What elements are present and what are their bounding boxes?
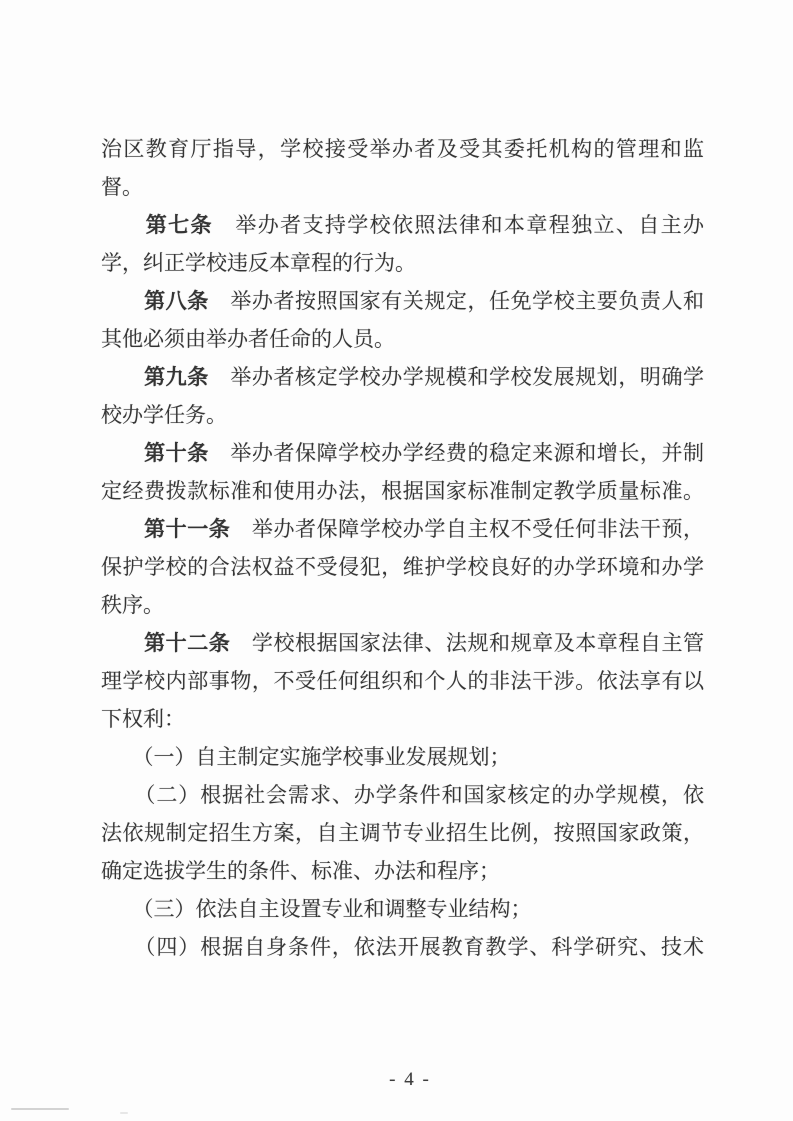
text-line: 理学校内部事物，不受任何组织和个人的非法干涉。依法享有以 <box>101 662 704 700</box>
text-line: 第八条 举办者按照国家有关规定，任免学校主要负责人和 <box>101 282 704 320</box>
line-text: 举办者保障学校办学经费的稳定来源和增长，并制 <box>209 441 704 465</box>
text-line: 第十条 举办者保障学校办学经费的稳定来源和增长，并制 <box>101 434 704 472</box>
line-text: （四）根据自身条件，依法开展教育教学、科学研究、技术 <box>101 935 704 959</box>
article-number: 第九条 <box>144 365 209 389</box>
line-text <box>101 441 144 465</box>
line-text: 秩序。 <box>101 593 164 617</box>
line-text: （二）根据社会需求、办学条件和国家核定的办学规模，依 <box>101 783 704 807</box>
line-text: 举办者核定学校办学规模和学校发展规划，明确学 <box>209 365 704 389</box>
line-text: （三）依法自主设置专业和调整专业结构； <box>101 897 532 921</box>
line-text <box>101 631 144 655</box>
line-text: 校办学任务。 <box>101 403 227 427</box>
line-text: 理学校内部事物，不受任何组织和个人的非法干涉。依法享有以 <box>101 669 704 693</box>
text-line: 治区教育厅指导，学校接受举办者及受其委托机构的管理和监 <box>101 130 704 168</box>
article-number: 第十条 <box>144 441 209 465</box>
line-text: 其他必须由举办者任命的人员。 <box>101 327 395 351</box>
text-line: 第十一条 举办者保障学校办学自主权不受任何非法干预， <box>101 510 704 548</box>
line-text: 定经费拨款标准和使用办法，根据国家标准制定教学质量标准。 <box>101 479 704 503</box>
text-line: 保护学校的合法权益不受侵犯，维护学校良好的办学环境和办学 <box>101 548 704 586</box>
text-line: （一）自主制定实施学校事业发展规划； <box>101 738 704 776</box>
text-line: （四）根据自身条件，依法开展教育教学、科学研究、技术 <box>101 928 704 966</box>
text-line: 法依规制定招生方案，自主调节专业招生比例，按照国家政策， <box>101 814 704 852</box>
text-line: 其他必须由举办者任命的人员。 <box>101 320 704 358</box>
line-text: 督。 <box>101 175 143 199</box>
line-text: 保护学校的合法权益不受侵犯，维护学校良好的办学环境和办学 <box>101 555 704 579</box>
article-number: 第八条 <box>144 289 209 313</box>
text-line: 校办学任务。 <box>101 396 704 434</box>
text-line: 下权利： <box>101 700 704 738</box>
text-line: （三）依法自主设置专业和调整专业结构； <box>101 890 704 928</box>
article-number: 第七条 <box>146 213 213 237</box>
line-text: 举办者保障学校办学自主权不受任何非法干预， <box>230 517 704 541</box>
text-line: （二）根据社会需求、办学条件和国家核定的办学规模，依 <box>101 776 704 814</box>
line-text: 确定选拔学生的条件、标准、办法和程序； <box>101 859 500 883</box>
line-text: 学，纠正学校违反本章程的行为。 <box>101 251 416 275</box>
text-line: 第七条 举办者支持学校依照法律和本章程独立、自主办 <box>101 206 704 244</box>
text-line: 学，纠正学校违反本章程的行为。 <box>101 244 704 282</box>
line-text: 举办者按照国家有关规定，任免学校主要负责人和 <box>209 289 704 313</box>
line-text <box>101 365 144 389</box>
line-text: 法依规制定招生方案，自主调节专业招生比例，按照国家政策， <box>101 821 704 845</box>
line-text: 学校根据国家法律、法规和规章及本章程自主管 <box>230 631 704 655</box>
text-line: 第十二条 学校根据国家法律、法规和规章及本章程自主管 <box>101 624 704 662</box>
scan-artifact-streak <box>11 1108 69 1110</box>
page-number: - 4 - <box>389 1069 431 1090</box>
text-line: 第九条 举办者核定学校办学规模和学校发展规划，明确学 <box>101 358 704 396</box>
page-footer: - 4 - <box>0 1038 793 1121</box>
line-text: 举办者支持学校依照法律和本章程独立、自主办 <box>213 213 704 237</box>
line-text: 治区教育厅指导，学校接受举办者及受其委托机构的管理和监 <box>101 137 704 161</box>
text-line: 秩序。 <box>101 586 704 624</box>
text-line: 定经费拨款标准和使用办法，根据国家标准制定教学质量标准。 <box>101 472 704 510</box>
line-text: （一）自主制定实施学校事业发展规划； <box>101 745 511 769</box>
scanned-page: 治区教育厅指导，学校接受举办者及受其委托机构的管理和监督。 第七条 举办者支持学… <box>0 0 793 1121</box>
article-number: 第十二条 <box>144 631 230 655</box>
article-number: 第十一条 <box>144 517 230 541</box>
line-text <box>101 517 144 541</box>
line-text: 下权利： <box>101 707 185 731</box>
line-text <box>101 213 146 237</box>
text-line: 督。 <box>101 168 704 206</box>
text-line: 确定选拔学生的条件、标准、办法和程序； <box>101 852 704 890</box>
document-body: 治区教育厅指导，学校接受举办者及受其委托机构的管理和监督。 第七条 举办者支持学… <box>101 130 704 966</box>
scan-artifact-dot <box>120 1112 128 1114</box>
line-text <box>101 289 144 313</box>
